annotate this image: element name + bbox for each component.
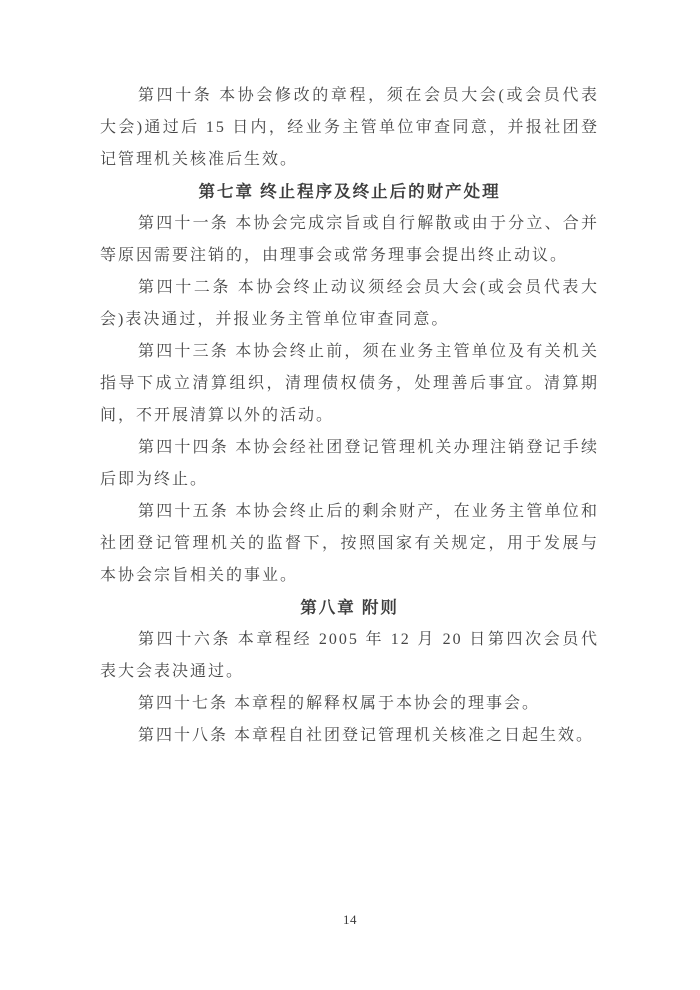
article-45-paragraph: 第四十五条 本协会终止后的剩余财产，在业务主管单位和社团登记管理机关的监督下，按… xyxy=(100,496,599,592)
chapter-8-heading: 第八章 附则 xyxy=(100,592,599,624)
article-41-paragraph: 第四十一条 本协会完成宗旨或自行解散或由于分立、合并等原因需要注销的，由理事会或… xyxy=(100,208,599,272)
article-44-paragraph: 第四十四条 本协会经社团登记管理机关办理注销登记手续后即为终止。 xyxy=(100,432,599,496)
chapter-7-heading: 第七章 终止程序及终止后的财产处理 xyxy=(100,176,599,208)
article-48-paragraph: 第四十八条 本章程自社团登记管理机关核准之日起生效。 xyxy=(100,720,599,752)
article-40-paragraph: 第四十条 本协会修改的章程，须在会员大会(或会员代表大会)通过后 15 日内，经… xyxy=(100,80,599,176)
document-body: 第四十条 本协会修改的章程，须在会员大会(或会员代表大会)通过后 15 日内，经… xyxy=(100,80,599,752)
article-47-paragraph: 第四十七条 本章程的解释权属于本协会的理事会。 xyxy=(100,688,599,720)
article-42-paragraph: 第四十二条 本协会终止动议须经会员大会(或会员代表大会)表决通过，并报业务主管单… xyxy=(100,272,599,336)
article-46-paragraph: 第四十六条 本章程经 2005 年 12 月 20 日第四次会员代表大会表决通过… xyxy=(100,624,599,688)
document-page: 第四十条 本协会修改的章程，须在会员大会(或会员代表大会)通过后 15 日内，经… xyxy=(0,0,700,990)
article-43-paragraph: 第四十三条 本协会终止前，须在业务主管单位及有关机关指导下成立清算组织，清理债权… xyxy=(100,336,599,432)
page-number: 14 xyxy=(0,910,700,930)
